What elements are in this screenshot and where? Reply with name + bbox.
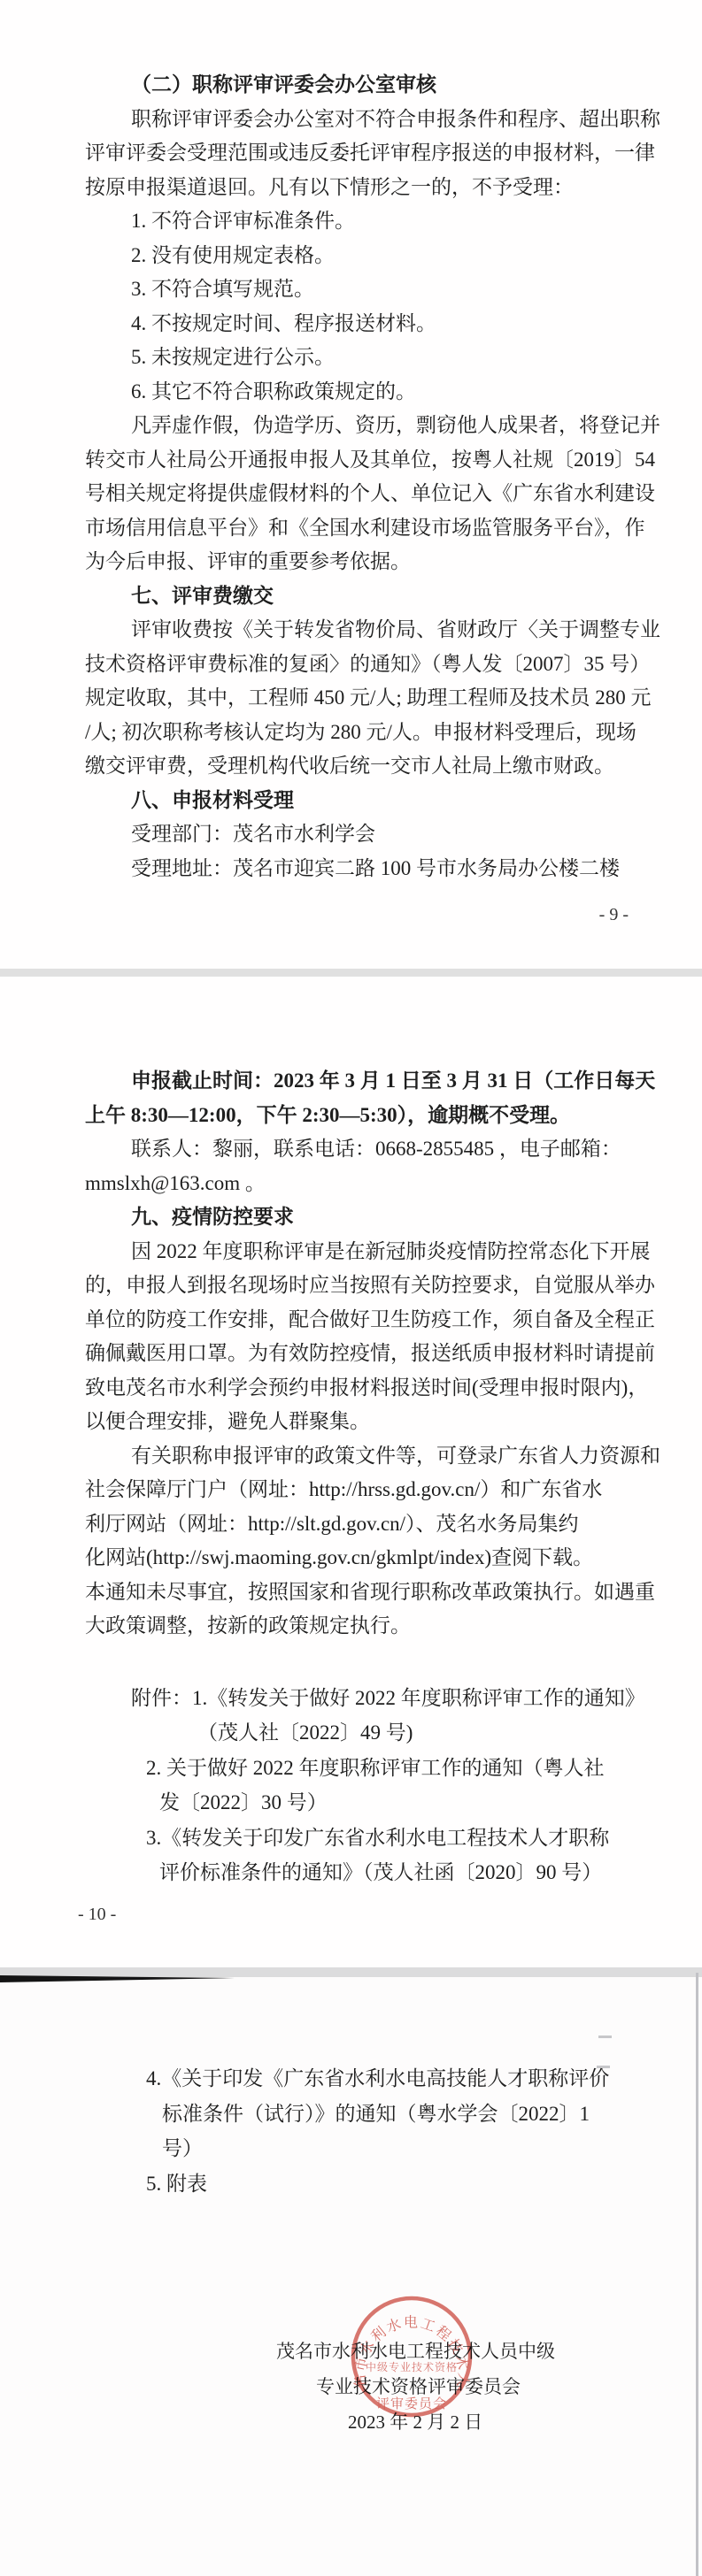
attachment-item: 5. 附表 (85, 2166, 629, 2202)
text-line: 本通知未尽事宜，按照国家和省现行职称改革政策执行。如遇重 (85, 1575, 629, 1610)
text-line: 转交市人社局公开通报申报人及其单位，按粤人社规〔2019〕54 (85, 443, 629, 478)
text-line: 有关职称申报评审的政策文件等，可登录广东省人力资源和 (85, 1439, 629, 1474)
deadline-line: 上午 8:30—12:00，下午 2:30—5:30），逾期概不受理。 (85, 1099, 629, 1133)
scan-speck (598, 2035, 612, 2038)
seal-ring-text: 茂名市水利水电工程技术人员 (350, 2295, 472, 2390)
page-1: （二）职称评审评委会办公室审核 职称评审评委会办公室对不符合申报条件和程序、超出… (0, 0, 702, 969)
text-line: /人; 初次职称考核认定均为 280 元/人。申报材料受理后，现场 (85, 716, 629, 750)
list-item: 4. 不按规定时间、程序报送材料。 (85, 307, 629, 341)
official-seal: 茂名市水利水电工程技术人员 中级专业技术资格 评审委员会 (350, 2295, 474, 2419)
list-item: 3. 不符合填写规范。 (85, 272, 629, 307)
attachment-list: 附件：1.《转发关于做好 2022 年度职称评审工作的通知》 （茂人社〔2022… (85, 1681, 629, 1890)
attachment-item: 评价标准条件的通知》（茂人社函〔2020〕90 号） (85, 1855, 629, 1890)
section-heading: （二）职称评审评委会办公室审核 (85, 68, 629, 103)
seal-center-text: 中级专业技术资格 (366, 2360, 458, 2373)
text-line: 市场信用信息平台》和《全国水利建设市场监管服务平台》，作 (85, 511, 629, 546)
contact-line: 联系人：黎丽，联系电话：0668-2855485 ，电子邮箱： (85, 1132, 629, 1167)
text-line: 按原申报渠道退回。凡有以下情形之一的，不予受理： (85, 171, 629, 205)
text-line: 评审收费按《关于转发省物价局、省财政厅〈关于调整专业 (85, 613, 629, 648)
attachment-item: 附件：1.《转发关于做好 2022 年度职称评审工作的通知》 (85, 1681, 629, 1716)
section-heading: 九、疫情防控要求 (85, 1200, 629, 1235)
text-line: 确佩戴医用口罩。为有效防控疫情，报送纸质申报材料时请提前 (85, 1337, 629, 1371)
scan-artifact-line (0, 1973, 239, 1985)
attachment-item: 4.《关于印发《广东省水利水电高技能人才职称评价 (85, 2061, 629, 2097)
text-line: 致电茂名市水利学会预约申报材料报送时间(受理申报时限内)， (85, 1371, 629, 1406)
text-line: 评审评委会受理范围或违反委托评审程序报送的申报材料，一律 (85, 136, 629, 171)
section-heading: 八、申报材料受理 (85, 784, 629, 818)
seal-committee-text: 评审委员会 (376, 2396, 447, 2411)
attachment-item: 号） (85, 2131, 629, 2166)
page-separator (0, 969, 702, 977)
text-line: 单位的防疫工作安排，配合做好卫生防疫工作，须自备及全程正 (85, 1303, 629, 1338)
text-line: 受理部门：茂名市水利学会 (85, 817, 629, 852)
text-line: 受理地址：茂名市迎宾二路 100 号市水务局办公楼二楼 (85, 852, 629, 886)
scan-speck (597, 2066, 610, 2068)
text-line: 职称评审评委会办公室对不符合申报条件和程序、超出职称 (85, 103, 629, 137)
text-line: 为今后申报、评审的重要参考依据。 (85, 545, 629, 579)
list-item: 5. 未按规定进行公示。 (85, 341, 629, 375)
scanned-document-view: { "colors": {"text": "#1e1e1e", "seal_re… (0, 0, 702, 2576)
url-line: 化网站(http://swj.maoming.gov.cn/gkmlpt/ind… (85, 1541, 629, 1575)
attachment-item: 发〔2022〕30 号） (85, 1785, 629, 1821)
contact-email-line: mmslxh@163.com 。 (85, 1167, 629, 1201)
page-edge-shadow (696, 1973, 698, 2576)
page-number: - 10 - (78, 1901, 629, 1928)
attachment-item: 3.《转发关于印发广东省水利水电工程技术人才职称 (85, 1821, 629, 1856)
page-3: 4.《关于印发《广东省水利水电高技能人才职称评价 标准条件（试行）》的通知（粤水… (0, 1977, 702, 2576)
url-line: 利厅网站（网址：http://slt.gd.gov.cn/）、茂名水务局集约 (85, 1507, 629, 1542)
text-line: 技术资格评审费标准的复函〉的通知》（粤人发〔2007〕35 号） (85, 648, 629, 682)
deadline-line: 申报截止时间：2023 年 3 月 1 日至 3 月 31 日（工作日每天 (85, 1064, 629, 1099)
text-line: 大政策调整，按新的政策规定执行。 (85, 1609, 629, 1644)
text-line: 因 2022 年度职称评审是在新冠肺炎疫情防控常态化下开展 (85, 1235, 629, 1269)
list-item: 1. 不符合评审标准条件。 (85, 204, 629, 239)
list-item: 2. 没有使用规定表格。 (85, 239, 629, 273)
text-line: 规定收取，其中，工程师 450 元/人; 助理工程师及技术员 280 元 (85, 681, 629, 716)
attachment-item: 标准条件（试行）》的通知（粤水学会〔2022〕1 (85, 2097, 629, 2132)
page-2: 申报截止时间：2023 年 3 月 1 日至 3 月 31 日（工作日每天 上午… (0, 977, 702, 1967)
text-line: 以便合理安排，避免人群聚集。 (85, 1405, 629, 1439)
list-item: 6. 其它不符合职称政策规定的。 (85, 375, 629, 410)
attachment-item: （茂人社〔2022〕49 号) (85, 1715, 629, 1751)
text-line: 凡弄虚作假，伪造学历、资历，剽窃他人成果者，将登记并 (85, 409, 629, 443)
text-line: 号相关规定将提供虚假材料的个人、单位记入《广东省水利建设 (85, 477, 629, 511)
attachment-item: 2. 关于做好 2022 年度职称评审工作的通知（粤人社 (85, 1751, 629, 1786)
text-line: 的，申报人到报名现场时应当按照有关防控要求，自觉服从举办 (85, 1269, 629, 1303)
url-line: 社会保障厅门户（网址：http://hrss.gd.gov.cn/）和广东省水 (85, 1473, 629, 1507)
attachment-list-continued: 4.《关于印发《广东省水利水电高技能人才职称评价 标准条件（试行）》的通知（粤水… (85, 2061, 629, 2201)
section-heading: 七、评审费缴交 (85, 579, 629, 614)
text-line: 缴交评审费，受理机构代收后统一交市人社局上缴市财政。 (85, 749, 629, 784)
page-number: - 9 - (85, 901, 629, 928)
